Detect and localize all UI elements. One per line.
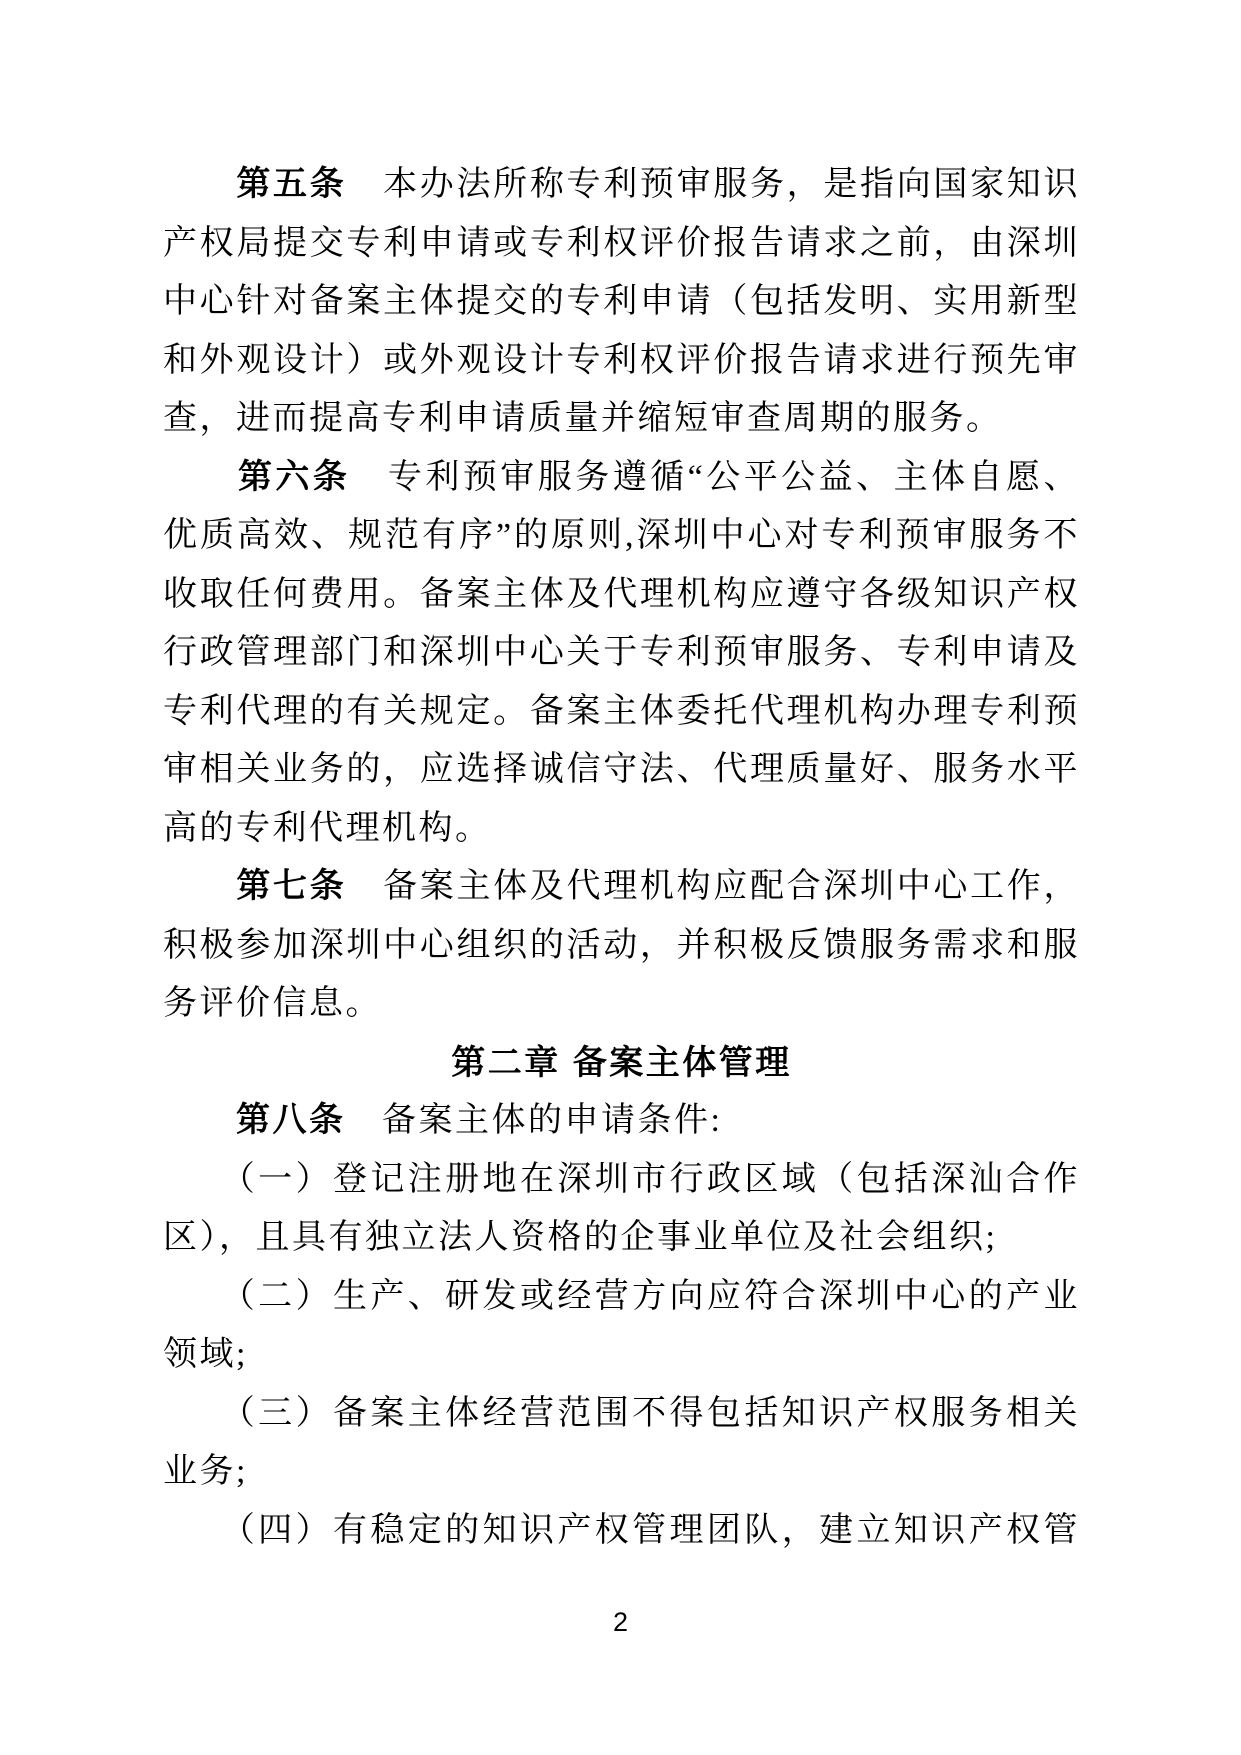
text-run — [163, 1102, 236, 1139]
text-run: （一）登记注册地在深圳市行政区域（包括深汕合作 — [163, 1161, 1080, 1198]
text-line: 审相关业务的，应选择诚信守法、代理质量好、服务水平 — [163, 741, 1080, 800]
text-run: 中心针对备案主体提交的专利申请（包括发明、实用新型 — [163, 283, 1080, 320]
text-line: （三）备案主体经营范围不得包括知识产权服务相关 — [163, 1385, 1080, 1444]
text-line: 第五条 本办法所称专利预审服务，是指向国家知识 — [163, 156, 1080, 215]
text-run: 优质高效、规范有序”的原则,深圳中心对专利预审服务不 — [163, 517, 1080, 554]
text-run: 区），且具有独立法人资格的企事业单位及社会组织; — [163, 1219, 997, 1256]
text-line: 中心针对备案主体提交的专利申请（包括发明、实用新型 — [163, 273, 1080, 332]
text-line: 积极参加深圳中心组织的活动，并积极反馈服务需求和服 — [163, 917, 1080, 976]
page-number: 2 — [0, 1602, 1241, 1642]
text-run: 审相关业务的，应选择诚信守法、代理质量好、服务水平 — [163, 751, 1080, 788]
text-run: 行政管理部门和深圳中心关于专利预审服务、专利申请及 — [163, 634, 1080, 671]
text-run — [163, 868, 236, 905]
text-run: 查，进而提高专利申请质量并缩短审查周期的服务。 — [163, 400, 1003, 437]
text-line: 和外观设计）或外观设计专利权评价报告请求进行预先审 — [163, 332, 1080, 391]
text-run: 高的专利代理机构。 — [163, 810, 492, 847]
text-line: 第六条 专利预审服务遵循“公平公益、主体自愿、 — [163, 449, 1080, 508]
text-line: （二）生产、研发或经营方向应符合深圳中心的产业 — [163, 1268, 1080, 1327]
text-run: 专利预审服务遵循“公平公益、主体自愿、 — [350, 459, 1080, 496]
text-run: 和外观设计）或外观设计专利权评价报告请求进行预先审 — [163, 342, 1080, 379]
text-line: 务评价信息。 — [163, 975, 1080, 1034]
text-run: （三）备案主体经营范围不得包括知识产权服务相关 — [163, 1395, 1080, 1432]
document-page: 第五条 本办法所称专利预审服务，是指向国家知识产权局提交专利申请或专利权评价报告… — [0, 0, 1241, 1755]
text-line: 业务; — [163, 1443, 1080, 1502]
text-run: 业务; — [163, 1453, 248, 1490]
text-run: 务评价信息。 — [163, 985, 382, 1022]
article-label: 第八条 — [236, 1102, 346, 1139]
text-run: 产权局提交专利申请或专利权评价报告请求之前，由深圳 — [163, 225, 1080, 262]
text-line: 第八条 备案主体的申请条件: — [163, 1092, 1080, 1151]
text-run — [163, 166, 236, 203]
text-run — [163, 459, 238, 496]
text-run: 专利代理的有关规定。备案主体委托代理机构办理专利预 — [163, 693, 1080, 730]
text-run: 备案主体的申请条件: — [346, 1102, 723, 1139]
text-line: 查，进而提高专利申请质量并缩短审查周期的服务。 — [163, 390, 1080, 449]
text-run: （二）生产、研发或经营方向应符合深圳中心的产业 — [163, 1278, 1080, 1315]
text-line: 收取任何费用。备案主体及代理机构应遵守各级知识产权 — [163, 566, 1080, 625]
article-label: 第七条 — [236, 868, 346, 905]
text-line: （一）登记注册地在深圳市行政区域（包括深汕合作 — [163, 1151, 1080, 1210]
text-line: 专利代理的有关规定。备案主体委托代理机构办理专利预 — [163, 683, 1080, 742]
chapter-heading: 第二章 备案主体管理 — [163, 1034, 1080, 1093]
text-line: 优质高效、规范有序”的原则,深圳中心对专利预审服务不 — [163, 507, 1080, 566]
text-run: 积极参加深圳中心组织的活动，并积极反馈服务需求和服 — [163, 927, 1080, 964]
text-run: 本办法所称专利预审服务，是指向国家知识 — [346, 166, 1080, 203]
text-line: （四）有稳定的知识产权管理团队，建立知识产权管 — [163, 1502, 1080, 1561]
text-line: 领域; — [163, 1326, 1080, 1385]
text-run: （四）有稳定的知识产权管理团队，建立知识产权管 — [163, 1512, 1080, 1549]
text-line: 行政管理部门和深圳中心关于专利预审服务、专利申请及 — [163, 624, 1080, 683]
text-line: 产权局提交专利申请或专利权评价报告请求之前，由深圳 — [163, 215, 1080, 274]
text-run: 收取任何费用。备案主体及代理机构应遵守各级知识产权 — [163, 576, 1080, 613]
text-line: 区），且具有独立法人资格的企事业单位及社会组织; — [163, 1209, 1080, 1268]
article-label: 第六条 — [238, 459, 350, 496]
text-line: 第七条 备案主体及代理机构应配合深圳中心工作， — [163, 858, 1080, 917]
text-line: 高的专利代理机构。 — [163, 800, 1080, 859]
document-body: 第五条 本办法所称专利预审服务，是指向国家知识产权局提交专利申请或专利权评价报告… — [163, 156, 1080, 1560]
chapter-heading-text: 第二章 备案主体管理 — [451, 1044, 791, 1082]
text-run: 领域; — [163, 1336, 248, 1373]
text-run: 备案主体及代理机构应配合深圳中心工作， — [346, 868, 1080, 905]
article-label: 第五条 — [236, 166, 346, 203]
